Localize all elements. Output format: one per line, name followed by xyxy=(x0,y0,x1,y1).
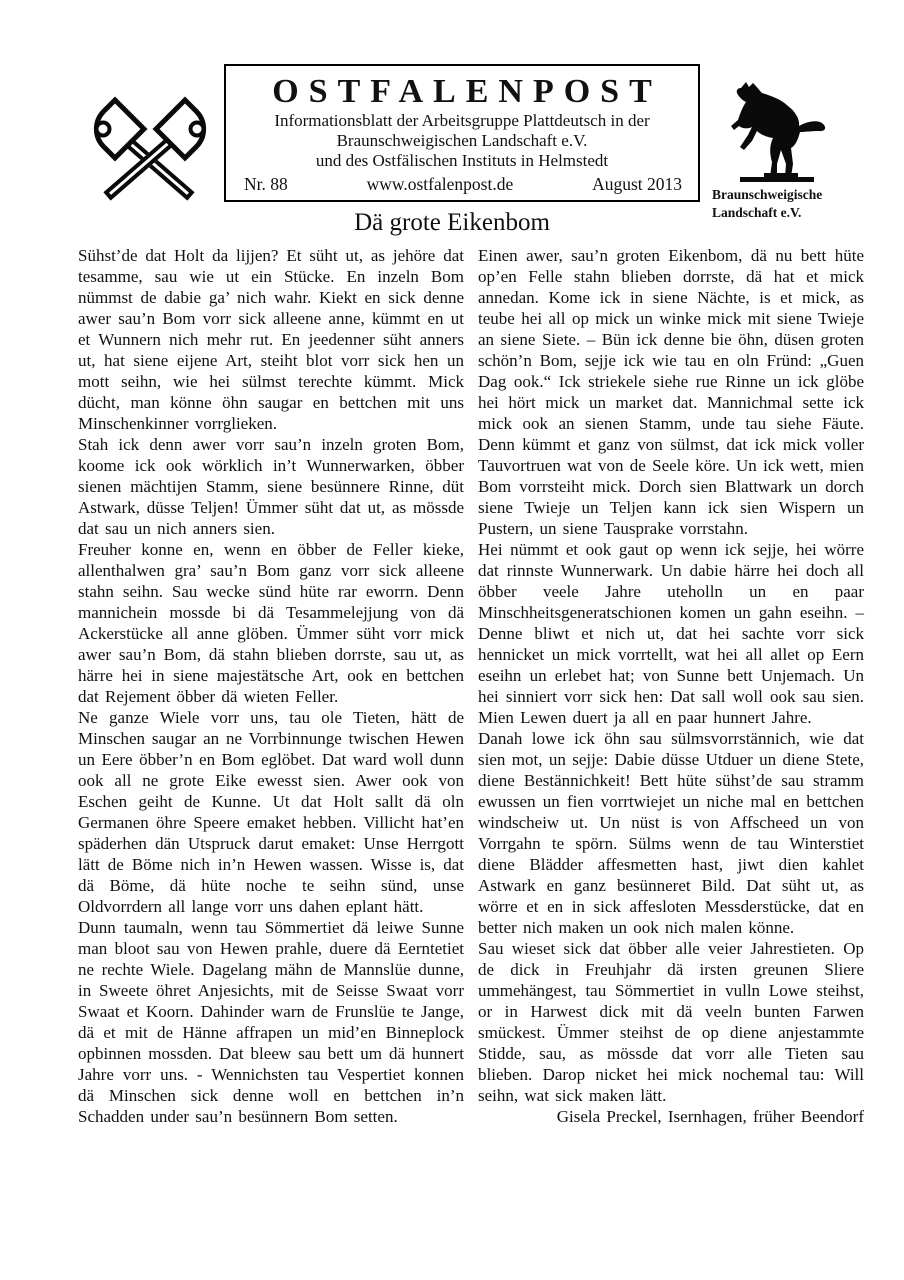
key-eye-left xyxy=(91,117,115,141)
issue-number: Nr. 88 xyxy=(244,174,288,195)
paragraph: Freuher konne en, wenn en öbber de Felle… xyxy=(78,539,464,707)
paragraph: Ne ganze Wiele vorr uns, tau ole Tieten,… xyxy=(78,707,464,917)
saxon-steed-horse-icon xyxy=(722,78,830,186)
logo-caption-line-1: Braunschweigische xyxy=(712,187,862,204)
paragraph: Sühst’de dat Holt da lijjen? Et süht ut,… xyxy=(78,245,464,434)
masthead-subtitle-line-1: Informationsblatt der Arbeitsgruppe Plat… xyxy=(226,111,698,131)
masthead-info-row: Nr. 88 www.ostfalenpost.de August 2013 xyxy=(226,171,698,195)
paragraph: Stah ick denn awer vorr sau’n inzeln gro… xyxy=(78,434,464,539)
article-body: Sühst’de dat Holt da lijjen? Et süht ut,… xyxy=(78,245,864,1127)
braunschweigische-landschaft-logo: Braunschweigische Landschaft e.V. xyxy=(712,78,862,221)
article-column-right: Einen awer, sau’n groten Eikenbom, dä nu… xyxy=(478,245,864,1127)
author-byline: Gisela Preckel, Isernhagen, früher Beend… xyxy=(478,1106,864,1127)
website-url: www.ostfalenpost.de xyxy=(367,174,514,195)
issue-date: August 2013 xyxy=(592,174,682,195)
masthead-subtitle-line-3: und des Ostfälischen Instituts in Helmst… xyxy=(226,151,698,171)
paragraph: Hei nümmt et ook gaut op wenn ick sejje,… xyxy=(478,539,864,728)
paragraph: Dunn taumaln, wenn tau Sömmertiet dä lei… xyxy=(78,917,464,1127)
paragraph: Danah lowe ick öhn sau sülmsvorrstännich… xyxy=(478,728,864,938)
article-column-left: Sühst’de dat Holt da lijjen? Et süht ut,… xyxy=(78,245,464,1127)
masthead-title: OSTFALENPOST xyxy=(226,73,698,111)
masthead-subtitle-line-2: Braunschweigischen Landschaft e.V. xyxy=(226,131,698,151)
crossed-keys-icon xyxy=(84,96,216,210)
paragraph: Sau wieset sick dat öbber alle veier Jah… xyxy=(478,938,864,1106)
key-eye-right xyxy=(185,117,209,141)
masthead-box: OSTFALENPOST Informationsblatt der Arbei… xyxy=(224,64,700,202)
newsletter-page: OSTFALENPOST Informationsblatt der Arbei… xyxy=(0,0,904,1280)
paragraph: Einen awer, sau’n groten Eikenbom, dä nu… xyxy=(478,245,864,539)
article-title: Dä grote Eikenbom xyxy=(0,209,904,237)
